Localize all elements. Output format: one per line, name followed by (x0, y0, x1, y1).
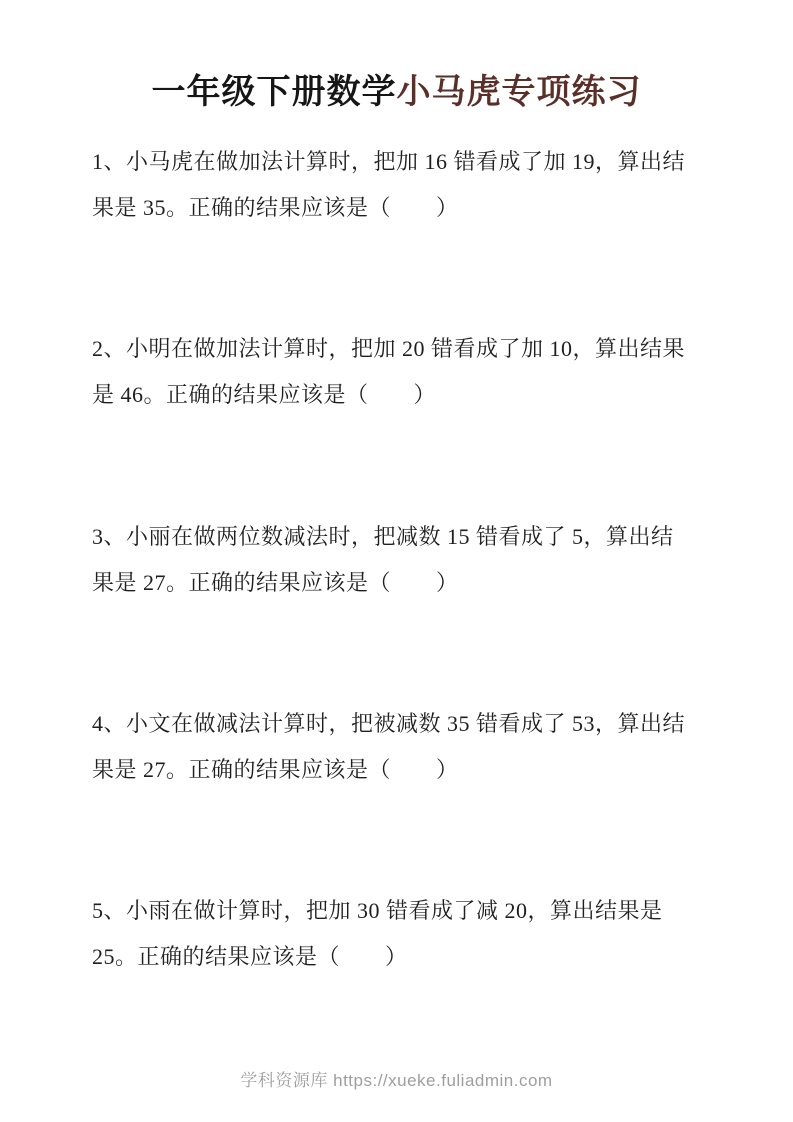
question-1: 1、小马虎在做加法计算时，把加 16 错看成了加 19，算出结 果是 35。正确… (92, 139, 723, 231)
page-title: 一年级下册数学小马虎专项练习 (0, 0, 793, 113)
question-3-line-1: 3、小丽在做两位数减法时，把减数 15 错看成了 5，算出结 (92, 514, 723, 560)
question-3: 3、小丽在做两位数减法时，把减数 15 错看成了 5，算出结 果是 27。正确的… (92, 514, 723, 606)
question-4-line-1: 4、小文在做减法计算时，把被减数 35 错看成了 53，算出结 (92, 701, 723, 747)
question-list: 1、小马虎在做加法计算时，把加 16 错看成了加 19，算出结 果是 35。正确… (0, 113, 793, 981)
question-1-line-2: 果是 35。正确的结果应该是（ ） (92, 185, 723, 231)
question-2: 2、小明在做加法计算时，把加 20 错看成了加 10，算出结果 是 46。正确的… (92, 326, 723, 418)
question-5-line-2: 25。正确的结果应该是（ ） (92, 934, 723, 980)
worksheet-page: 一年级下册数学小马虎专项练习 1、小马虎在做加法计算时，把加 16 错看成了加 … (0, 0, 793, 1122)
footer-watermark: 学科资源库 https://xueke.fuliadmin.com (0, 1066, 793, 1091)
question-5-line-1: 5、小雨在做计算时，把加 30 错看成了减 20，算出结果是 (92, 888, 723, 934)
question-3-line-2: 果是 27。正确的结果应该是（ ） (92, 560, 723, 606)
question-4: 4、小文在做减法计算时，把被减数 35 错看成了 53，算出结 果是 27。正确… (92, 701, 723, 793)
footer-site-text: 学科资源库 https://xueke.fuliadmin.com (240, 1071, 552, 1090)
question-2-line-1: 2、小明在做加法计算时，把加 20 错看成了加 10，算出结果 (92, 326, 723, 372)
page-title-topic-part: 小马虎专项练习 (397, 73, 642, 111)
question-2-line-2: 是 46。正确的结果应该是（ ） (92, 372, 723, 418)
question-5: 5、小雨在做计算时，把加 30 错看成了减 20，算出结果是 25。正确的结果应… (92, 888, 723, 980)
question-1-line-1: 1、小马虎在做加法计算时，把加 16 错看成了加 19，算出结 (92, 139, 723, 185)
question-4-line-2: 果是 27。正确的结果应该是（ ） (92, 747, 723, 793)
page-title-grade-part: 一年级下册数学 (152, 73, 397, 111)
